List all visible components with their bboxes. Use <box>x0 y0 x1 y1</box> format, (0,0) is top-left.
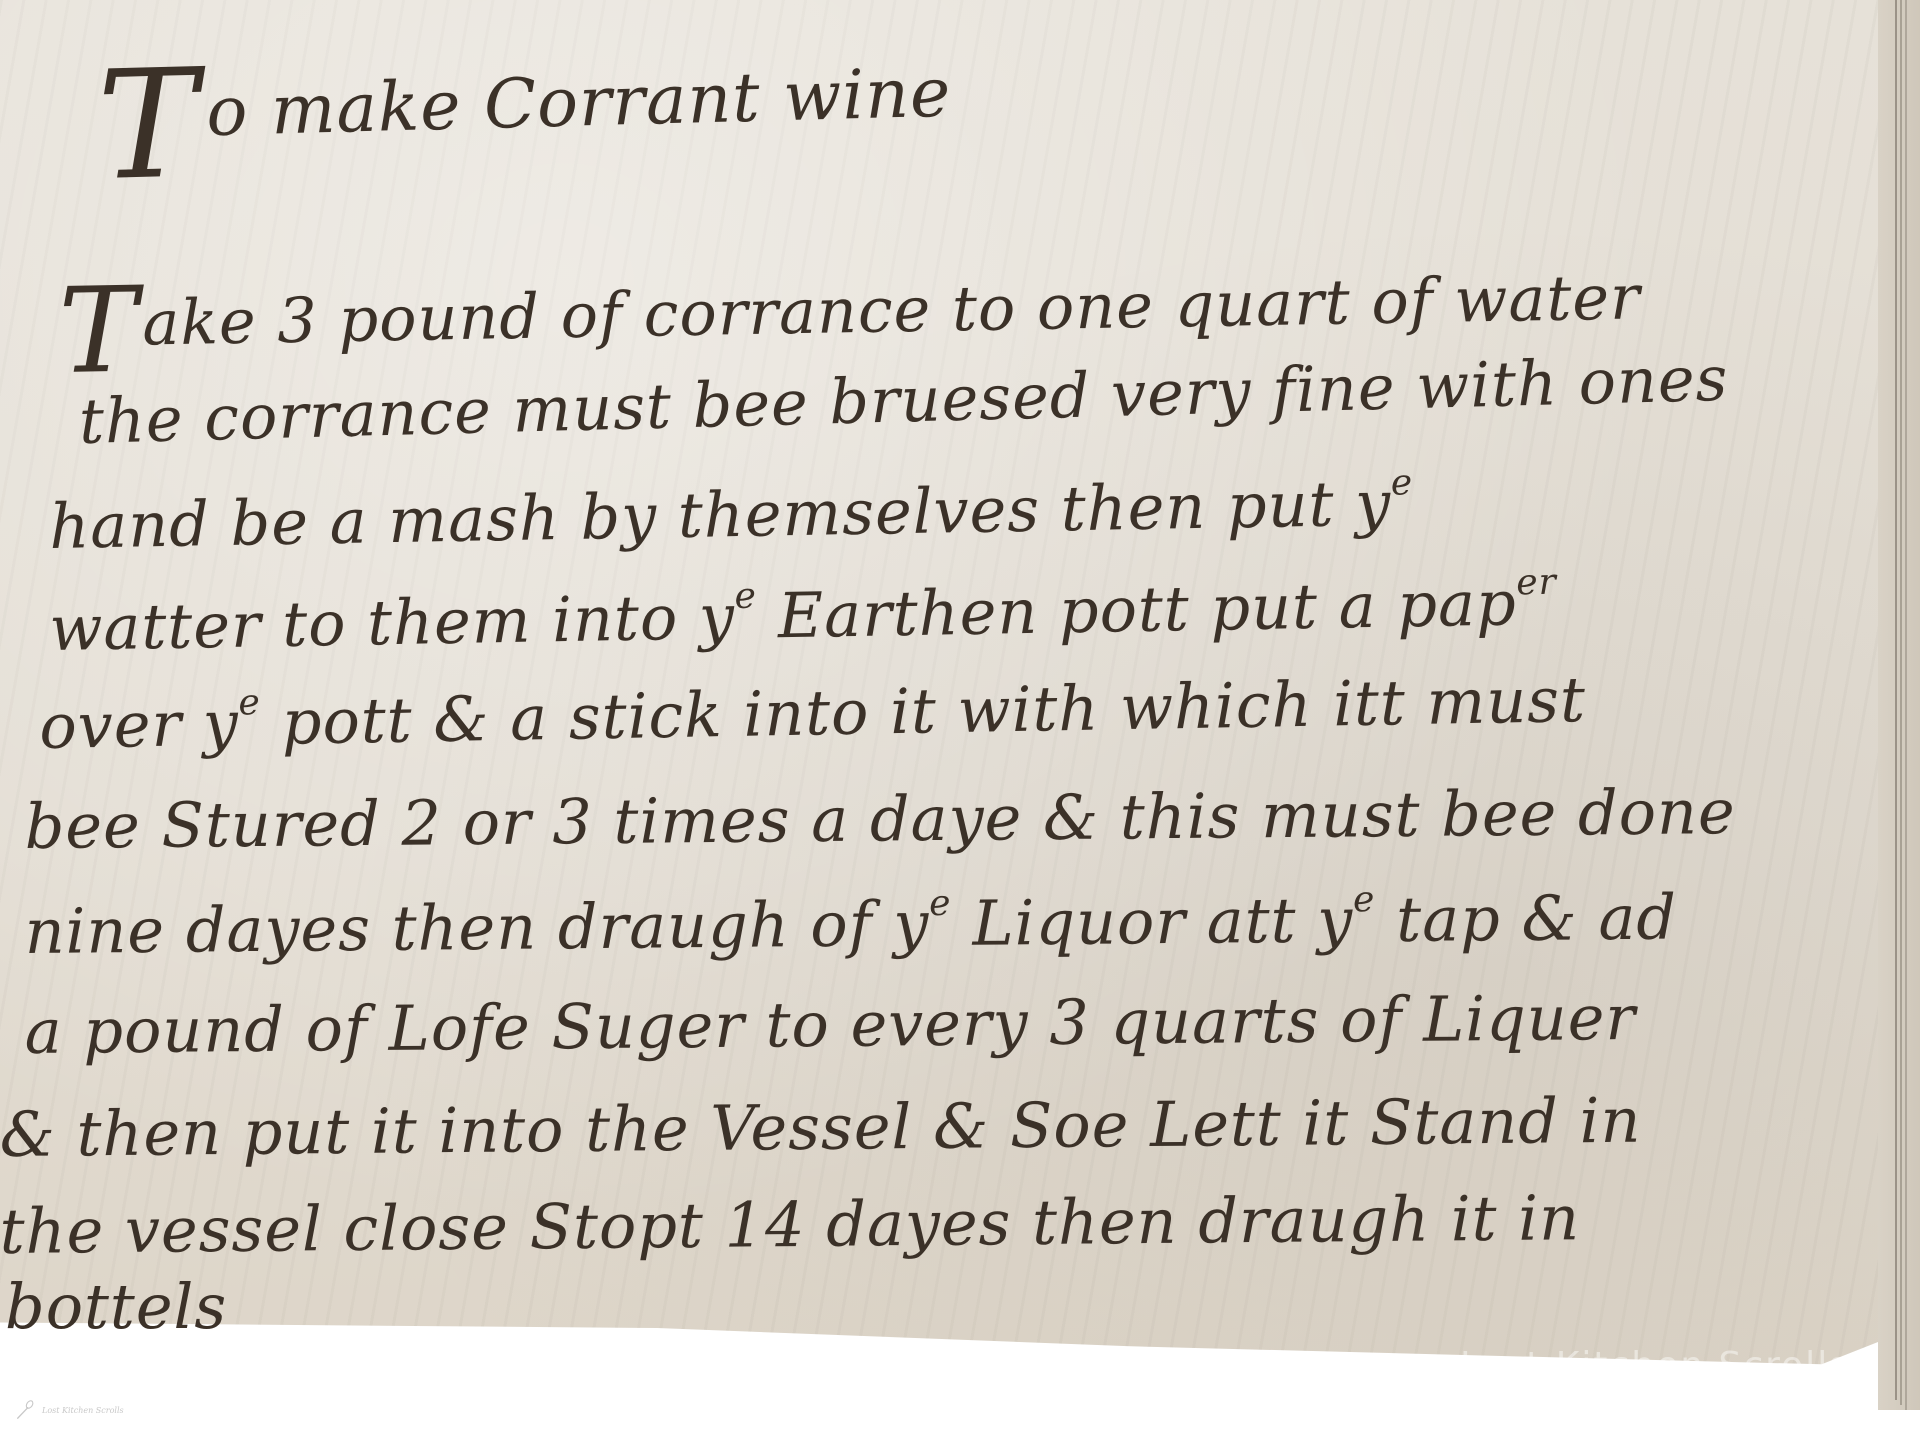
recipe-line: a pound of Lofe Suger to every 3 quarts … <box>24 981 1636 1068</box>
line-text: bee Stured 2 or 3 times a daye & this mu… <box>24 775 1736 863</box>
superscript: e <box>734 576 757 617</box>
line-text: over y <box>39 687 240 763</box>
site-watermark: Lost Kitchen Scrolls <box>14 1395 124 1425</box>
spoon-icon <box>14 1399 36 1421</box>
line-text: hand be a mash by themselves then put y <box>49 467 1392 563</box>
recipe-text: To make Corrant wine Take 3 pound of cor… <box>0 0 1878 1395</box>
superscript: e <box>929 883 952 924</box>
line-text: Liquor att y <box>951 883 1353 960</box>
line-text: nine dayes then draugh of y <box>24 887 929 968</box>
recipe-line: bottels <box>5 1270 227 1343</box>
next-page-edge <box>1878 0 1920 1410</box>
line-text: & then put it into the Vessel & Soe Lett… <box>0 1084 1642 1171</box>
drop-initial: T <box>58 261 140 400</box>
recipe-line: over ye pott & a stick into it with whic… <box>39 663 1587 763</box>
page-edge-line <box>1900 0 1902 1405</box>
line-text: Earthen pott put a pap <box>757 566 1518 652</box>
recipe-title: To make Corrant wine <box>95 18 953 214</box>
title-initial: T <box>95 37 201 214</box>
faint-page-watermark: Lost Kitchen Scrolls <box>1460 1345 1850 1386</box>
superscript: e <box>1390 462 1413 503</box>
watermark-label: Lost Kitchen Scrolls <box>42 1406 124 1415</box>
superscript: er <box>1516 562 1557 604</box>
recipe-line: hand be a mash by themselves then put ye <box>49 466 1414 563</box>
line-text: bottels <box>5 1270 227 1343</box>
title-text: o make Corrant wine <box>205 54 952 152</box>
recipe-line: nine dayes then draugh of ye Liquor att … <box>24 881 1677 968</box>
line-text: tap & ad <box>1375 881 1677 957</box>
page-edge-line <box>1895 0 1897 1400</box>
line-text: ake 3 pound of corrance to one quart of … <box>142 260 1641 359</box>
line-text: the vessel close Stopt 14 dayes then dra… <box>0 1181 1580 1268</box>
line-text: watter to them into y <box>49 580 736 665</box>
page-edge-line <box>1905 0 1907 1410</box>
superscript: e <box>238 682 261 723</box>
recipe-line: bee Stured 2 or 3 times a daye & this mu… <box>24 775 1736 863</box>
recipe-line: & then put it into the Vessel & Soe Lett… <box>0 1084 1642 1171</box>
superscript: e <box>1353 879 1376 920</box>
recipe-line: watter to them into ye Earthen pott put … <box>49 566 1558 665</box>
line-text: pott & a stick into it with which itt mu… <box>260 663 1586 759</box>
line-text: a pound of Lofe Suger to every 3 quarts … <box>24 981 1636 1068</box>
recipe-line: the vessel close Stopt 14 dayes then dra… <box>0 1181 1580 1268</box>
